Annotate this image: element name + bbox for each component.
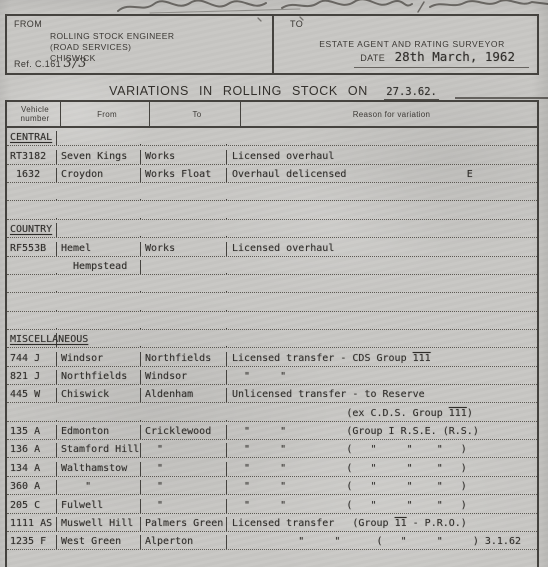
- from-cell: Walthamstow: [57, 462, 141, 476]
- section-row: CENTRAL: [7, 128, 537, 146]
- from-cell: Edmonton: [57, 425, 141, 439]
- form-title-printed: VARIATIONS IN ROLLING STOCK ON: [109, 84, 368, 98]
- section-label: COUNTRY: [7, 223, 57, 237]
- from-cell: Windsor: [57, 352, 141, 366]
- blank-row: [7, 293, 537, 311]
- table-row: 134 AWalthamstow " " " ( " " " ): [7, 458, 537, 476]
- vehicle-cell: [7, 218, 57, 219]
- to-cell: [141, 346, 227, 347]
- to-cell: Alperton: [141, 535, 227, 549]
- table-row: 136 AStamford Hill " " " ( " " " ): [7, 440, 537, 458]
- scanned-document: { "colors": { "paper": "#c8c7c4", "ink":…: [0, 0, 548, 567]
- reason-cell: Licensed transfer - CDS Group 111: [227, 352, 537, 366]
- from-cell: [57, 346, 141, 347]
- reason-cell: " " ( " " " ): [227, 480, 537, 494]
- reason-cell: " ": [227, 370, 537, 384]
- reason-cell: [227, 328, 537, 329]
- reference-line: Ref. C.161 3/3: [14, 56, 87, 71]
- date-line: DATE 28th March, 1962: [354, 48, 529, 68]
- blank-row: [7, 312, 537, 330]
- handwritten-annotation: [0, 0, 548, 26]
- stock-variations-table: Vehicle number From To Reason for variat…: [5, 100, 539, 567]
- vehicle-cell: 1111 AS: [7, 517, 57, 531]
- to-cell: ": [141, 480, 227, 494]
- section-label: MISCELLANEOUS: [7, 333, 57, 347]
- to-cell: [141, 310, 227, 311]
- vehicle-cell: 136 A: [7, 443, 57, 457]
- table-row: 744 JWindsorNorthfieldsLicensed transfer…: [7, 348, 537, 366]
- to-cell: [141, 273, 227, 274]
- vehicle-cell: 1632: [7, 168, 57, 182]
- table-row: RT3182Seven KingsWorksLicensed overhaul: [7, 146, 537, 164]
- vehicle-cell: [7, 328, 57, 329]
- reason-cell: Licensed overhaul: [227, 242, 537, 256]
- to-column-header: To: [150, 102, 241, 126]
- to-cell: [141, 236, 227, 237]
- vehicle-cell: 1235 F: [7, 535, 57, 549]
- from-cell: ": [57, 480, 141, 494]
- reason-cell: " " (Group I R.S.E. (R.S.): [227, 425, 537, 439]
- reason-column-header: Reason for variation: [241, 102, 537, 126]
- to-cell: [141, 144, 227, 145]
- reason-cell: Licensed transfer (Group 11 - P.R.O.): [227, 517, 537, 531]
- from-cell: [57, 199, 141, 200]
- to-cell: Windsor: [141, 370, 227, 384]
- reason-cell: Unlicensed transfer - to Reserve: [227, 388, 537, 402]
- to-cell: ": [141, 499, 227, 513]
- to-cell: Works Float: [141, 168, 227, 182]
- vehicle-cell: 205 C: [7, 499, 57, 513]
- to-cell: Works: [141, 242, 227, 256]
- vehicle-cell: 821 J: [7, 370, 57, 384]
- to-cell: Palmers Green: [141, 517, 227, 531]
- from-cell: Chiswick: [57, 388, 141, 402]
- title-underline-extension: [455, 97, 548, 99]
- section-row: COUNTRY: [7, 220, 537, 238]
- reason-cell: Licensed overhaul: [227, 150, 537, 164]
- table-row: (ex C.D.S. Group 111): [7, 403, 537, 421]
- reference-handwritten: 3/3: [64, 56, 88, 71]
- blank-row: [7, 201, 537, 219]
- reason-cell: " " ( " " " ): [227, 499, 537, 513]
- vehicle-cell: 134 A: [7, 462, 57, 476]
- from-cell: Fulwell: [57, 499, 141, 513]
- vehicle-cell: 360 A: [7, 480, 57, 494]
- reason-cell: [227, 273, 537, 274]
- reference-printed: Ref. C.161: [14, 59, 61, 69]
- from-cell: [57, 218, 141, 219]
- from-cell: [57, 291, 141, 292]
- vehicle-cell: 135 A: [7, 425, 57, 439]
- vehicle-cell: [7, 273, 57, 274]
- vehicle-cell: 445 W: [7, 388, 57, 402]
- from-cell: West Green: [57, 535, 141, 549]
- from-cell: Croydon: [57, 168, 141, 182]
- to-cell: [141, 199, 227, 200]
- from-cell: [57, 144, 141, 145]
- from-cell: Stamford Hill: [57, 443, 141, 457]
- table-row: 821 JNorthfieldsWindsor " ": [7, 367, 537, 385]
- vehicle-cell: RT3182: [7, 150, 57, 164]
- reason-cell: [227, 310, 537, 311]
- to-cell: [141, 420, 227, 421]
- date-value: 28th March, 1962: [395, 49, 515, 64]
- from-cell: [57, 310, 141, 311]
- reason-cell: " " ( " " ) 3.1.62: [227, 535, 537, 549]
- from-cell: Hempstead: [57, 260, 141, 274]
- table-row: 1111 ASMuswell HillPalmers GreenLicensed…: [7, 514, 537, 532]
- reason-cell: [227, 199, 537, 200]
- table-header-row: Vehicle number From To Reason for variat…: [7, 102, 537, 128]
- date-label: DATE: [360, 53, 385, 63]
- from-cell: Muswell Hill: [57, 517, 141, 531]
- from-column-header: From: [61, 102, 150, 126]
- to-cell: [141, 218, 227, 219]
- reason-cell: [227, 218, 537, 219]
- table-row: 445 WChiswickAldenhamUnlicensed transfer…: [7, 385, 537, 403]
- blank-row: [7, 550, 537, 567]
- table-row: 360 A " " " " ( " " " ): [7, 477, 537, 495]
- from-cell: Seven Kings: [57, 150, 141, 164]
- vehicle-cell: [7, 199, 57, 200]
- from-cell: Northfields: [57, 370, 141, 384]
- reason-cell: (ex C.D.S. Group 111): [227, 407, 537, 421]
- section-label: CENTRAL: [7, 131, 57, 145]
- table-row: 205 CFulwell " " " ( " " " ): [7, 495, 537, 513]
- reason-cell: [227, 144, 537, 145]
- blank-row: [7, 183, 537, 201]
- table-row: RF553BHemelWorksLicensed overhaul: [7, 238, 537, 256]
- vehicle-cell: [7, 291, 57, 292]
- reason-cell: Overhaul delicensed E: [227, 168, 537, 182]
- to-cell: [141, 291, 227, 292]
- reason-cell: " " ( " " " ): [227, 443, 537, 457]
- to-cell: ": [141, 443, 227, 457]
- reason-cell: " " ( " " " ): [227, 462, 537, 476]
- to-cell: Cricklewood: [141, 425, 227, 439]
- vehicle-cell: RF553B: [7, 242, 57, 256]
- table-row: Hempstead: [7, 257, 537, 275]
- vehicle-column-header: Vehicle number: [7, 102, 61, 126]
- section-row: MISCELLANEOUS: [7, 330, 537, 348]
- sender-line-2: (ROAD SERVICES): [50, 42, 174, 53]
- from-cell: [57, 328, 141, 329]
- blank-row: [7, 275, 537, 293]
- from-cell: Hemel: [57, 242, 141, 256]
- vehicle-cell: [7, 310, 57, 311]
- reason-cell: [227, 291, 537, 292]
- to-cell: Aldenham: [141, 388, 227, 402]
- to-cell: Works: [141, 150, 227, 164]
- reason-cell: [227, 346, 537, 347]
- to-cell: ": [141, 462, 227, 476]
- sender-line-1: ROLLING STOCK ENGINEER: [50, 31, 174, 42]
- table-row: 1632CroydonWorks FloatOverhaul delicense…: [7, 165, 537, 183]
- vehicle-cell: [7, 420, 57, 421]
- vehicle-cell: 744 J: [7, 352, 57, 366]
- reason-cell: [227, 236, 537, 237]
- from-cell: [57, 420, 141, 421]
- table-row: 135 AEdmontonCricklewood " " (Group I R.…: [7, 422, 537, 440]
- to-cell: Northfields: [141, 352, 227, 366]
- table-body: CENTRALRT3182Seven KingsWorksLicensed ov…: [7, 128, 537, 567]
- to-cell: [141, 328, 227, 329]
- table-row: 1235 FWest GreenAlperton " " ( " " ) 3.1…: [7, 532, 537, 550]
- from-cell: [57, 236, 141, 237]
- form-title-date: 27.3.62.: [384, 86, 439, 100]
